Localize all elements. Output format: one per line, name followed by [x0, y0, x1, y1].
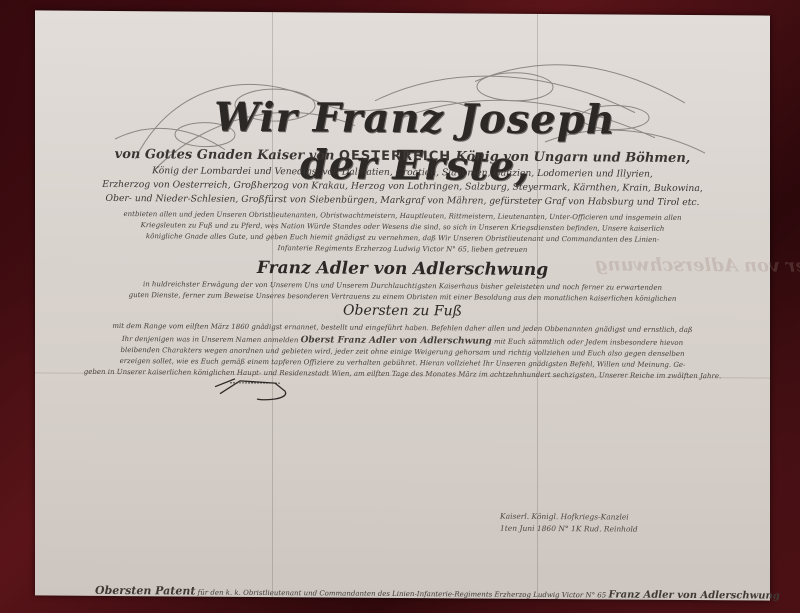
imperial-titles-line-4: Ober- und Nieder-Schlesien, Großfürst vo…	[35, 192, 770, 208]
body-line-4: Infanterie Regiments Erzherzog Ludwig Vi…	[35, 242, 770, 255]
rank-title: Obersten zu Fuß	[35, 300, 770, 321]
footer-description: für den k. k. Obristlieutenant und Comma…	[198, 589, 607, 600]
imperial-signature	[205, 369, 295, 410]
body-line-7: mit dem Range vom eilften März 1860 gnäd…	[35, 321, 770, 334]
body-line-11: geben in Unserer kaiserlichen königliche…	[35, 367, 770, 380]
parchment-document: Wir Franz Joseph der Erste, von Gottes G…	[35, 10, 770, 600]
oberst-name: Oberst Franz Adler von Adlerschwung	[301, 335, 492, 346]
titles-suffix: König von Ungarn und Böhmen,	[456, 149, 691, 166]
countersignature-line-2: 1ten Juni 1860 N° 1K Rud. Reinhold	[500, 523, 638, 536]
recipient-name: Franz Adler von Adlerschwung	[35, 256, 770, 281]
countersignature: Kaiserl. Königl. Hofkriegs-Kanzlei 1ten …	[500, 511, 638, 536]
countersignature-line-1: Kaiserl. Königl. Hofkriegs-Kanzlei	[500, 511, 638, 524]
body-line-8-prefix: Ihr denjenigen was in Unserem Namen anme…	[122, 335, 299, 344]
body-line-8-suffix: mit Euch sämmtlich oder Jedem insbesonde…	[494, 338, 683, 347]
footer-patent-title: Obersten Patent	[95, 584, 195, 598]
titles-oesterreich: OESTERREICH	[339, 149, 451, 165]
titles-prefix: von Gottes Gnaden Kaiser von	[115, 147, 335, 164]
document-footer: Obersten Patent für den k. k. Obristlieu…	[95, 584, 795, 602]
footer-recipient-name: Franz Adler von Adlerschwung	[608, 589, 779, 601]
